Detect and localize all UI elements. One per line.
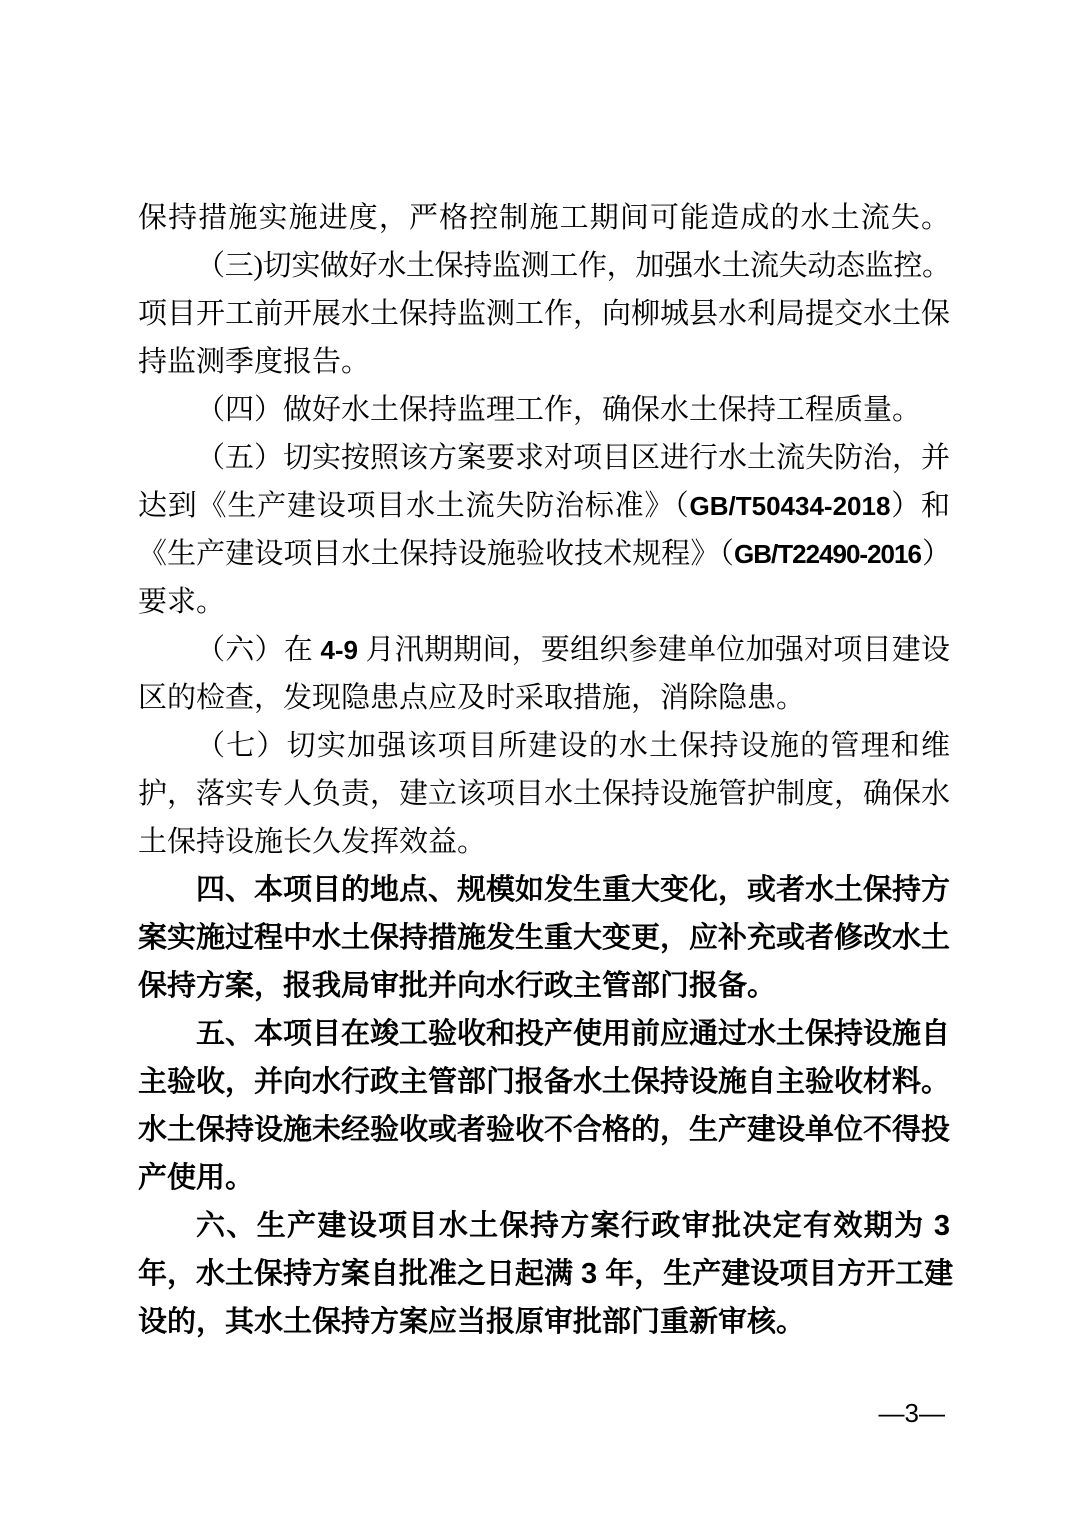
text-line: 案实施过程中水土保持措施发生重大变更，应补充或者修改水土: [138, 914, 950, 962]
text-run: ）和: [890, 490, 950, 522]
text-line: 项目开工前开展水土保持监测工作，向柳城县水利局提交水土保: [138, 290, 950, 338]
para-carryover: 保持措施实施进度，严格控制施工期间可能造成的水土流失。: [138, 194, 950, 242]
text-line: 护，落实专人负责，建立该项目水土保持设施管护制度，确保水: [138, 770, 950, 818]
text-line: 六、生产建设项目水土保持方案行政审批决定有效期为 3: [138, 1202, 950, 1250]
text-line: 主验收，并向水行政主管部门报备水土保持设施自主验收材料。: [138, 1058, 950, 1106]
text-line: （五）切实按照该方案要求对项目区进行水土流失防治，并: [138, 434, 950, 482]
page-number: —3—: [879, 1398, 945, 1429]
text-line: 产使用。: [138, 1154, 950, 1202]
text-line: 土保持设施长久发挥效益。: [138, 818, 950, 866]
text-line: 达到《生产建设项目水土流失防治标准》（GB/T50434-2018）和: [138, 482, 950, 530]
gb-standard-code: GB/T22490-2016: [734, 539, 921, 569]
flood-season-range: 4-9: [320, 635, 358, 665]
para-item-6: （六）在 4-9 月汛期期间，要组织参建单位加强对项目建设区的检查，发现隐患点应…: [138, 626, 950, 722]
text-line: 四、本项目的地点、规模如发生重大变化，或者水土保持方: [138, 866, 950, 914]
text-run: ）: [921, 538, 950, 570]
text-line: 五、本项目在竣工验收和投产使用前应通过水土保持设施自: [138, 1010, 950, 1058]
text-line: （三)切实做好水土保持监测工作，加强水土流失动态监控。: [138, 242, 950, 290]
text-line: 《生产建设项目水土保持设施验收技术规程》（GB/T22490-2016）: [138, 530, 950, 578]
text-run: （六）在: [196, 634, 320, 666]
text-line: 保持措施实施进度，严格控制施工期间可能造成的水土流失。: [138, 194, 950, 242]
text-line: （四）做好水土保持监理工作，确保水土保持工程质量。: [138, 386, 950, 434]
text-line: 要求。: [138, 578, 950, 626]
text-run: 《生产建设项目水土保持设施验收技术规程》（: [138, 538, 734, 570]
text-line: 区的检查，发现隐患点应及时采取措施，消除隐患。: [138, 674, 950, 722]
text-run: 达到《生产建设项目水土流失防治标准》（: [138, 490, 690, 522]
para-item-4: （四）做好水土保持监理工作，确保水土保持工程质量。: [138, 386, 950, 434]
text-line: （七）切实加强该项目所建设的水土保持设施的管理和维: [138, 722, 950, 770]
para-item-5: （五）切实按照该方案要求对项目区进行水土流失防治，并达到《生产建设项目水土流失防…: [138, 434, 950, 626]
text-line: （六）在 4-9 月汛期期间，要组织参建单位加强对项目建设: [138, 626, 950, 674]
text-line: 设的，其水土保持方案应当报原审批部门重新审核。: [138, 1298, 950, 1346]
para-item-7: （七）切实加强该项目所建设的水土保持设施的管理和维护，落实专人负责，建立该项目水…: [138, 722, 950, 866]
text-line: 持监测季度报告。: [138, 338, 950, 386]
document-page: 保持措施实施进度，严格控制施工期间可能造成的水土流失。 （三)切实做好水土保持监…: [0, 0, 1074, 1520]
para-item-3: （三)切实做好水土保持监测工作，加强水土流失动态监控。项目开工前开展水土保持监测…: [138, 242, 950, 386]
para-major-4: 四、本项目的地点、规模如发生重大变化，或者水土保持方案实施过程中水土保持措施发生…: [138, 866, 950, 1010]
document-body: 保持措施实施进度，严格控制施工期间可能造成的水土流失。 （三)切实做好水土保持监…: [138, 194, 950, 1346]
text-line: 年，水土保持方案自批准之日起满 3 年，生产建设项目方开工建: [138, 1250, 950, 1298]
gb-standard-code: GB/T50434-2018: [690, 491, 891, 521]
para-major-6: 六、生产建设项目水土保持方案行政审批决定有效期为 3年，水土保持方案自批准之日起…: [138, 1202, 950, 1346]
text-line: 水土保持设施未经验收或者验收不合格的，生产建设单位不得投: [138, 1106, 950, 1154]
para-major-5: 五、本项目在竣工验收和投产使用前应通过水土保持设施自主验收，并向水行政主管部门报…: [138, 1010, 950, 1202]
text-run: 月汛期期间，要组织参建单位加强对项目建设: [358, 634, 950, 666]
text-line: 保持方案，报我局审批并向水行政主管部门报备。: [138, 962, 950, 1010]
